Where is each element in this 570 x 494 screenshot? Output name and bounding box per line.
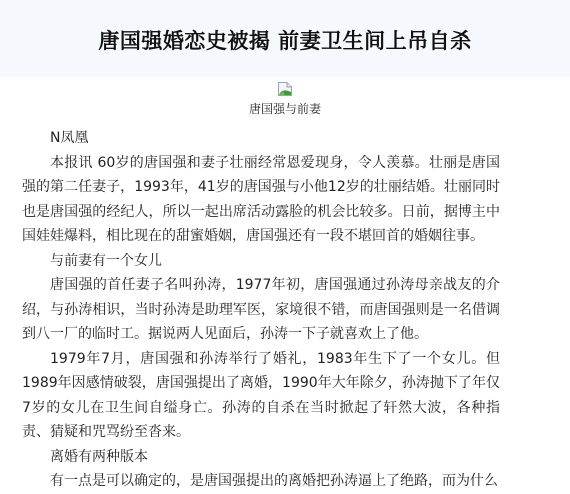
paragraph-intro: 本报讯 60岁的唐国强和妻子壮丽经常恩爱现身，令人羡慕。壮丽是唐国强的第二任妻子… (22, 151, 500, 249)
broken-image-icon (277, 81, 293, 97)
paragraph-marriage: 1979年7月，唐国强和孙涛举行了婚礼，1983年生下了一个女儿。但1989年因… (22, 347, 500, 445)
article-body: N凤凰 本报讯 60岁的唐国强和妻子壮丽经常恩爱现身，令人羡慕。壮丽是唐国强的第… (0, 117, 570, 494)
page-title: 唐国强婚恋史被揭 前妻卫生间上吊自杀 (98, 23, 471, 55)
paragraph-divorce: 有一点是可以确定的，是唐国强提出的离婚把孙涛逼上了绝路，而为什么 (22, 469, 500, 494)
article-figure: 唐国强与前妻 (0, 81, 570, 117)
subheading-divorce: 离婚有两种版本 (22, 445, 500, 470)
paragraph-first-wife: 唐国强的首任妻子名叫孙涛，1977年初，唐国强通过孙涛母亲战友的介绍，与孙涛相识… (22, 273, 500, 347)
article-header: 唐国强婚恋史被揭 前妻卫生间上吊自杀 (0, 0, 570, 77)
subheading-daughter: 与前妻有一个女儿 (22, 249, 500, 274)
image-caption: 唐国强与前妻 (0, 101, 570, 117)
byline: N凤凰 (22, 126, 500, 151)
